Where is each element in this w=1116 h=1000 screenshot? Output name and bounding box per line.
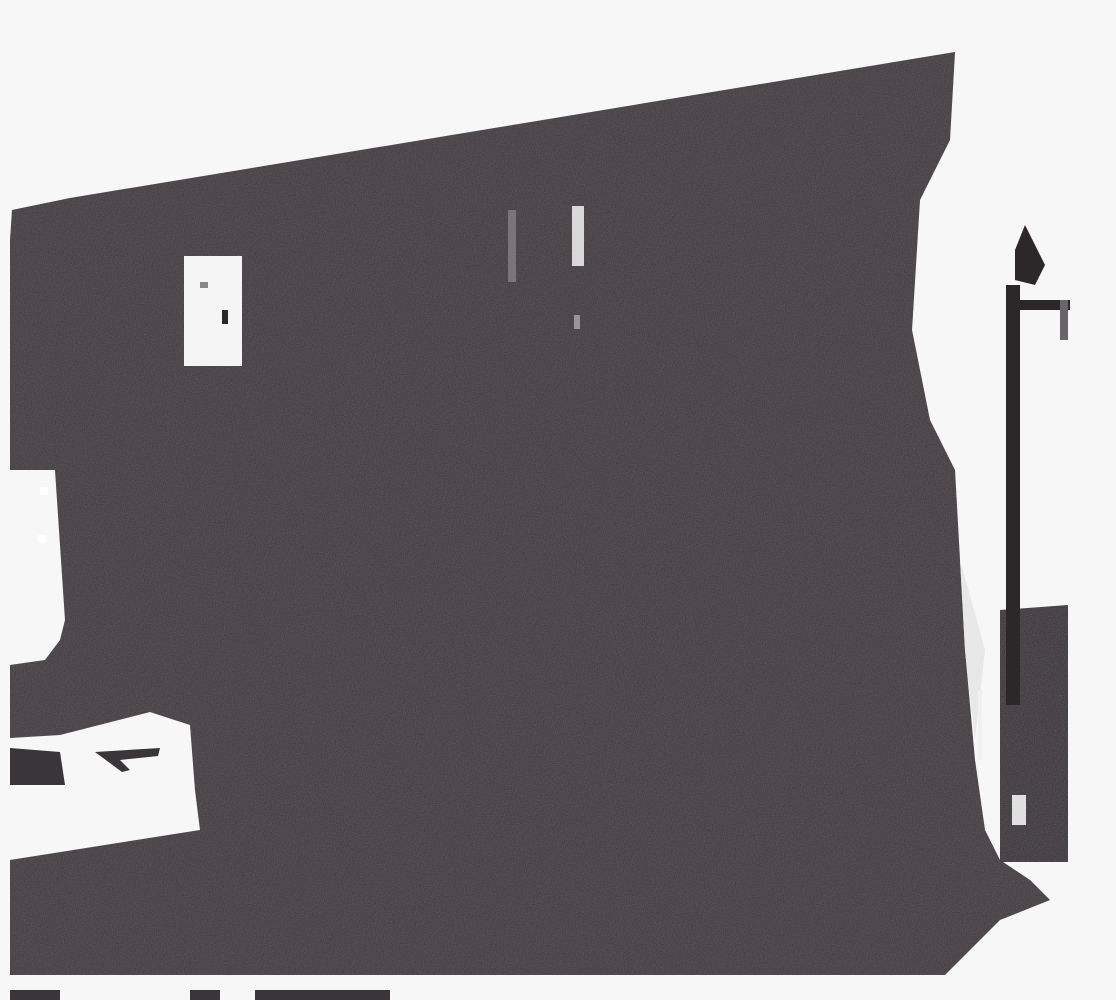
bottom-strip: [190, 990, 220, 1000]
ground-mark: [10, 748, 65, 785]
pole: [1006, 285, 1020, 705]
facade-mark: [572, 206, 584, 266]
facade-mark: [574, 315, 580, 329]
lit-window: [184, 256, 242, 366]
window-speck: [222, 310, 228, 324]
building-photo: [0, 0, 1116, 1000]
edge-speck: [1012, 795, 1026, 825]
window-speck: [200, 282, 208, 288]
bottom-strip: [255, 990, 390, 1000]
bottom-strip: [10, 990, 60, 1000]
facade-speck: [38, 535, 46, 543]
facade-mark: [508, 210, 516, 282]
pole-arm-end: [1060, 300, 1068, 340]
facade-speck: [40, 487, 48, 495]
edge-highlight: [978, 690, 982, 760]
building-facade: [10, 52, 1050, 975]
